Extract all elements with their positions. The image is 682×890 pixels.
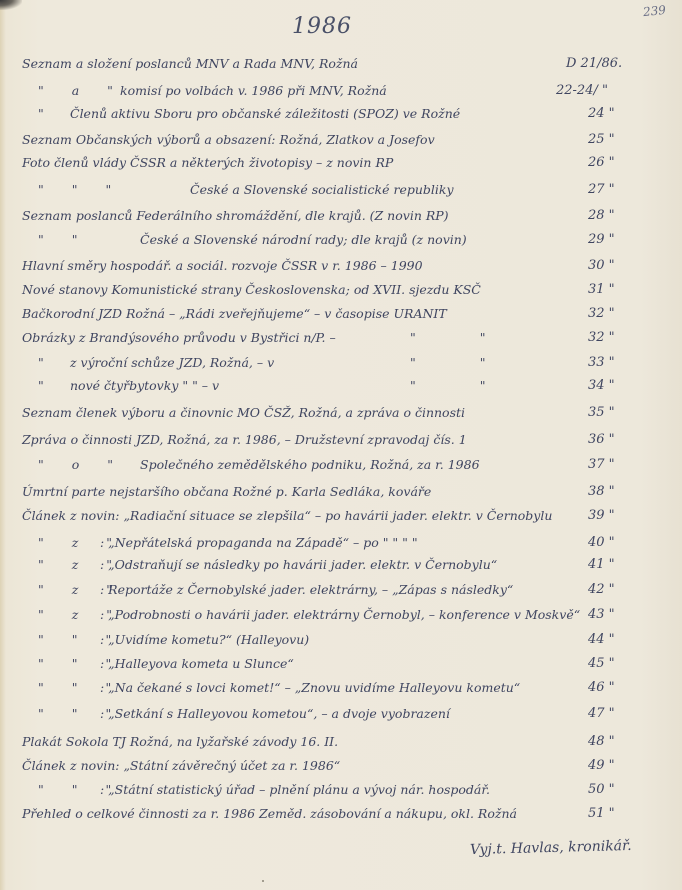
ditto-marks: " a " bbox=[38, 83, 125, 98]
list-item: " " "České a Slovenské socialistické rep… bbox=[0, 182, 682, 204]
ditto-marks: " o " bbox=[38, 457, 125, 472]
binding-shadow bbox=[0, 0, 22, 10]
paper-speck bbox=[262, 880, 264, 882]
list-item: " " ": „Setkání s Halleyovou kometou“, –… bbox=[0, 706, 682, 728]
list-item: Článek z novin: „Státní závěrečný účet z… bbox=[0, 758, 682, 780]
list-item: Článek z novin: „Radiační situace se zle… bbox=[0, 508, 682, 530]
document-reference: 36 " bbox=[588, 432, 615, 447]
list-item: "z výroční schůze JZD, Rožná, – v" "33 " bbox=[0, 355, 682, 377]
document-reference: 49 " bbox=[588, 758, 615, 773]
entry-description: Seznam poslanců Federálního shromáždění,… bbox=[22, 208, 449, 223]
list-item: " z ": „Nepřátelská propaganda na Západě… bbox=[0, 535, 682, 557]
document-reference: 39 " bbox=[588, 508, 615, 523]
document-reference: 26 " bbox=[588, 155, 615, 170]
entry-description: Článek z novin: „Státní závěrečný účet z… bbox=[22, 758, 340, 773]
document-reference: 38 " bbox=[588, 484, 615, 499]
list-item: " " ": „Na čekané s lovci komet!“ – „Zno… bbox=[0, 680, 682, 702]
page-number: 239 bbox=[642, 3, 666, 19]
list-item: Seznam poslanců Federálního shromáždění,… bbox=[0, 208, 682, 230]
document-reference: 51 " bbox=[588, 806, 615, 821]
entry-description: : Reportáže z Černobylské jader. elektrá… bbox=[100, 582, 513, 597]
ditto-marks-right: " " bbox=[410, 378, 515, 393]
list-item: Plakát Sokola TJ Rožná, na lyžařské závo… bbox=[0, 734, 682, 756]
entry-description: České a Slovenské socialistické republik… bbox=[190, 182, 454, 197]
document-reference: 30 " bbox=[588, 258, 615, 273]
document-reference: 24 " bbox=[588, 106, 615, 121]
list-item: Seznam a složení poslanců MNV a Rada MNV… bbox=[0, 56, 682, 78]
ditto-marks-right: " " bbox=[410, 355, 515, 370]
document-reference: 46 " bbox=[588, 680, 615, 695]
chronicler-signature: Vyj.t. Havlas, kronikář. bbox=[470, 838, 632, 858]
entry-description: Seznam členek výboru a činovnic MO ČSŽ, … bbox=[22, 405, 465, 420]
document-reference: 40 " bbox=[588, 535, 615, 550]
entry-description: : „Halleyova kometa u Slunce“ bbox=[100, 656, 294, 671]
list-item: Obrázky z Brandýsového průvodu v Bystřic… bbox=[0, 330, 682, 352]
document-reference: 29 " bbox=[588, 232, 615, 247]
entry-description: : „Odstraňují se následky po havárii jad… bbox=[100, 557, 497, 572]
list-item: Hlavní směry hospodář. a sociál. rozvoje… bbox=[0, 258, 682, 280]
ditto-marks: " bbox=[38, 106, 56, 121]
entry-description: nové čtyřbytovky " " – v bbox=[70, 378, 219, 393]
entry-description: Seznam a složení poslanců MNV a Rada MNV… bbox=[22, 56, 358, 71]
list-item: " a "komisí po volbách v. 1986 při MNV, … bbox=[0, 83, 682, 105]
document-reference: 41 " bbox=[588, 557, 615, 572]
list-item: Bačkorodní JZD Rožná – „Rádi zveřejňujem… bbox=[0, 306, 682, 328]
list-item: Seznam Občanských výborů a obsazení: Rož… bbox=[0, 132, 682, 154]
list-item: " o "Společného zemědělského podniku, Ro… bbox=[0, 457, 682, 479]
document-reference: 42 " bbox=[588, 582, 615, 597]
list-item: " " ": „Uvidíme kometu?“ (Halleyovu)44 " bbox=[0, 632, 682, 654]
document-reference: 44 " bbox=[588, 632, 615, 647]
list-item: Přehled o celkové činnosti za r. 1986 Ze… bbox=[0, 806, 682, 828]
entry-description: Foto členů vlády ČSSR a některých životo… bbox=[22, 155, 393, 170]
document-reference: 27 " bbox=[588, 182, 615, 197]
entry-description: : „Státní statistický úřad – plnění plán… bbox=[100, 782, 490, 797]
entry-description: komisí po volbách v. 1986 při MNV, Rožná bbox=[120, 83, 387, 98]
entry-description: Nové stanovy Komunistické strany Českosl… bbox=[22, 282, 481, 297]
entry-description: Členů aktivu Sboru pro občanské záležito… bbox=[70, 106, 460, 121]
list-item: " " ": „Halleyova kometa u Slunce“45 " bbox=[0, 656, 682, 678]
ditto-marks-right: " " bbox=[410, 330, 515, 345]
entry-description: Přehled o celkové činnosti za r. 1986 Ze… bbox=[22, 806, 517, 821]
list-item: "nové čtyřbytovky " " – v" "34 " bbox=[0, 378, 682, 400]
document-reference: 37 " bbox=[588, 457, 615, 472]
list-item: " z ": „Odstraňují se následky po havári… bbox=[0, 557, 682, 579]
document-reference: 33 " bbox=[588, 355, 615, 370]
entry-description: z výroční schůze JZD, Rožná, – v bbox=[70, 355, 274, 370]
list-item: Seznam členek výboru a činovnic MO ČSŽ, … bbox=[0, 405, 682, 427]
entry-description: : „Podrobnosti o havárii jader. elektrár… bbox=[100, 607, 580, 622]
entry-description: Článek z novin: „Radiační situace se zle… bbox=[22, 508, 552, 523]
list-item: " "České a Slovenské národní rady; dle k… bbox=[0, 232, 682, 254]
document-reference: 22-24/ " bbox=[556, 83, 608, 98]
chronicle-page: 239 1986 Seznam a složení poslanců MNV a… bbox=[0, 0, 682, 890]
document-reference: 31 " bbox=[588, 282, 615, 297]
ditto-marks: " bbox=[38, 355, 56, 370]
entry-description: : „Na čekané s lovci komet!“ – „Znovu uv… bbox=[100, 680, 520, 695]
entry-description: České a Slovenské národní rady; dle kraj… bbox=[140, 232, 467, 247]
list-item: Úmrtní parte nejstaršího občana Rožné p.… bbox=[0, 484, 682, 506]
document-reference: 28 " bbox=[588, 208, 615, 223]
document-reference: 48 " bbox=[588, 734, 615, 749]
entry-description: : „Uvidíme kometu?“ (Halleyovu) bbox=[100, 632, 309, 647]
list-item: " z ": Reportáže z Černobylské jader. el… bbox=[0, 582, 682, 604]
entry-description: Seznam Občanských výborů a obsazení: Rož… bbox=[22, 132, 435, 147]
list-item: " " ": „Státní statistický úřad – plnění… bbox=[0, 782, 682, 804]
entry-description: Hlavní směry hospodář. a sociál. rozvoje… bbox=[22, 258, 423, 273]
ditto-marks: " " " bbox=[38, 182, 123, 197]
document-reference: 45 " bbox=[588, 656, 615, 671]
entry-description: Zpráva o činnosti JZD, Rožná, za r. 1986… bbox=[22, 432, 467, 447]
ditto-marks: " bbox=[38, 378, 56, 393]
entry-description: Úmrtní parte nejstaršího občana Rožné p.… bbox=[22, 484, 431, 499]
entry-description: Plakát Sokola TJ Rožná, na lyžařské závo… bbox=[22, 734, 338, 749]
entry-description: Společného zemědělského podniku, Rožná, … bbox=[140, 457, 480, 472]
document-reference: 34 " bbox=[588, 378, 615, 393]
entry-description: : „Nepřátelská propaganda na Západě“ – p… bbox=[100, 535, 418, 550]
document-reference: 43 " bbox=[588, 607, 615, 622]
list-item: Zpráva o činnosti JZD, Rožná, za r. 1986… bbox=[0, 432, 682, 454]
entry-description: : „Setkání s Halleyovou kometou“, – a dv… bbox=[100, 706, 450, 721]
document-reference: 35 " bbox=[588, 405, 615, 420]
list-item: Foto členů vlády ČSSR a některých životo… bbox=[0, 155, 682, 177]
ditto-marks: " " bbox=[38, 232, 89, 247]
list-item: Nové stanovy Komunistické strany Českosl… bbox=[0, 282, 682, 304]
document-reference: 50 " bbox=[588, 782, 615, 797]
document-reference: D 21/86. bbox=[566, 56, 622, 71]
list-item: " z ": „Podrobnosti o havárii jader. ele… bbox=[0, 607, 682, 629]
document-reference: 32 " bbox=[588, 306, 615, 321]
list-item: "Členů aktivu Sboru pro občanské záležit… bbox=[0, 106, 682, 128]
document-reference: 25 " bbox=[588, 132, 615, 147]
document-reference: 47 " bbox=[588, 706, 615, 721]
year-heading: 1986 bbox=[292, 14, 352, 39]
entry-description: Obrázky z Brandýsového průvodu v Bystřic… bbox=[22, 330, 336, 345]
entry-description: Bačkorodní JZD Rožná – „Rádi zveřejňujem… bbox=[22, 306, 447, 321]
document-reference: 32 " bbox=[588, 330, 615, 345]
